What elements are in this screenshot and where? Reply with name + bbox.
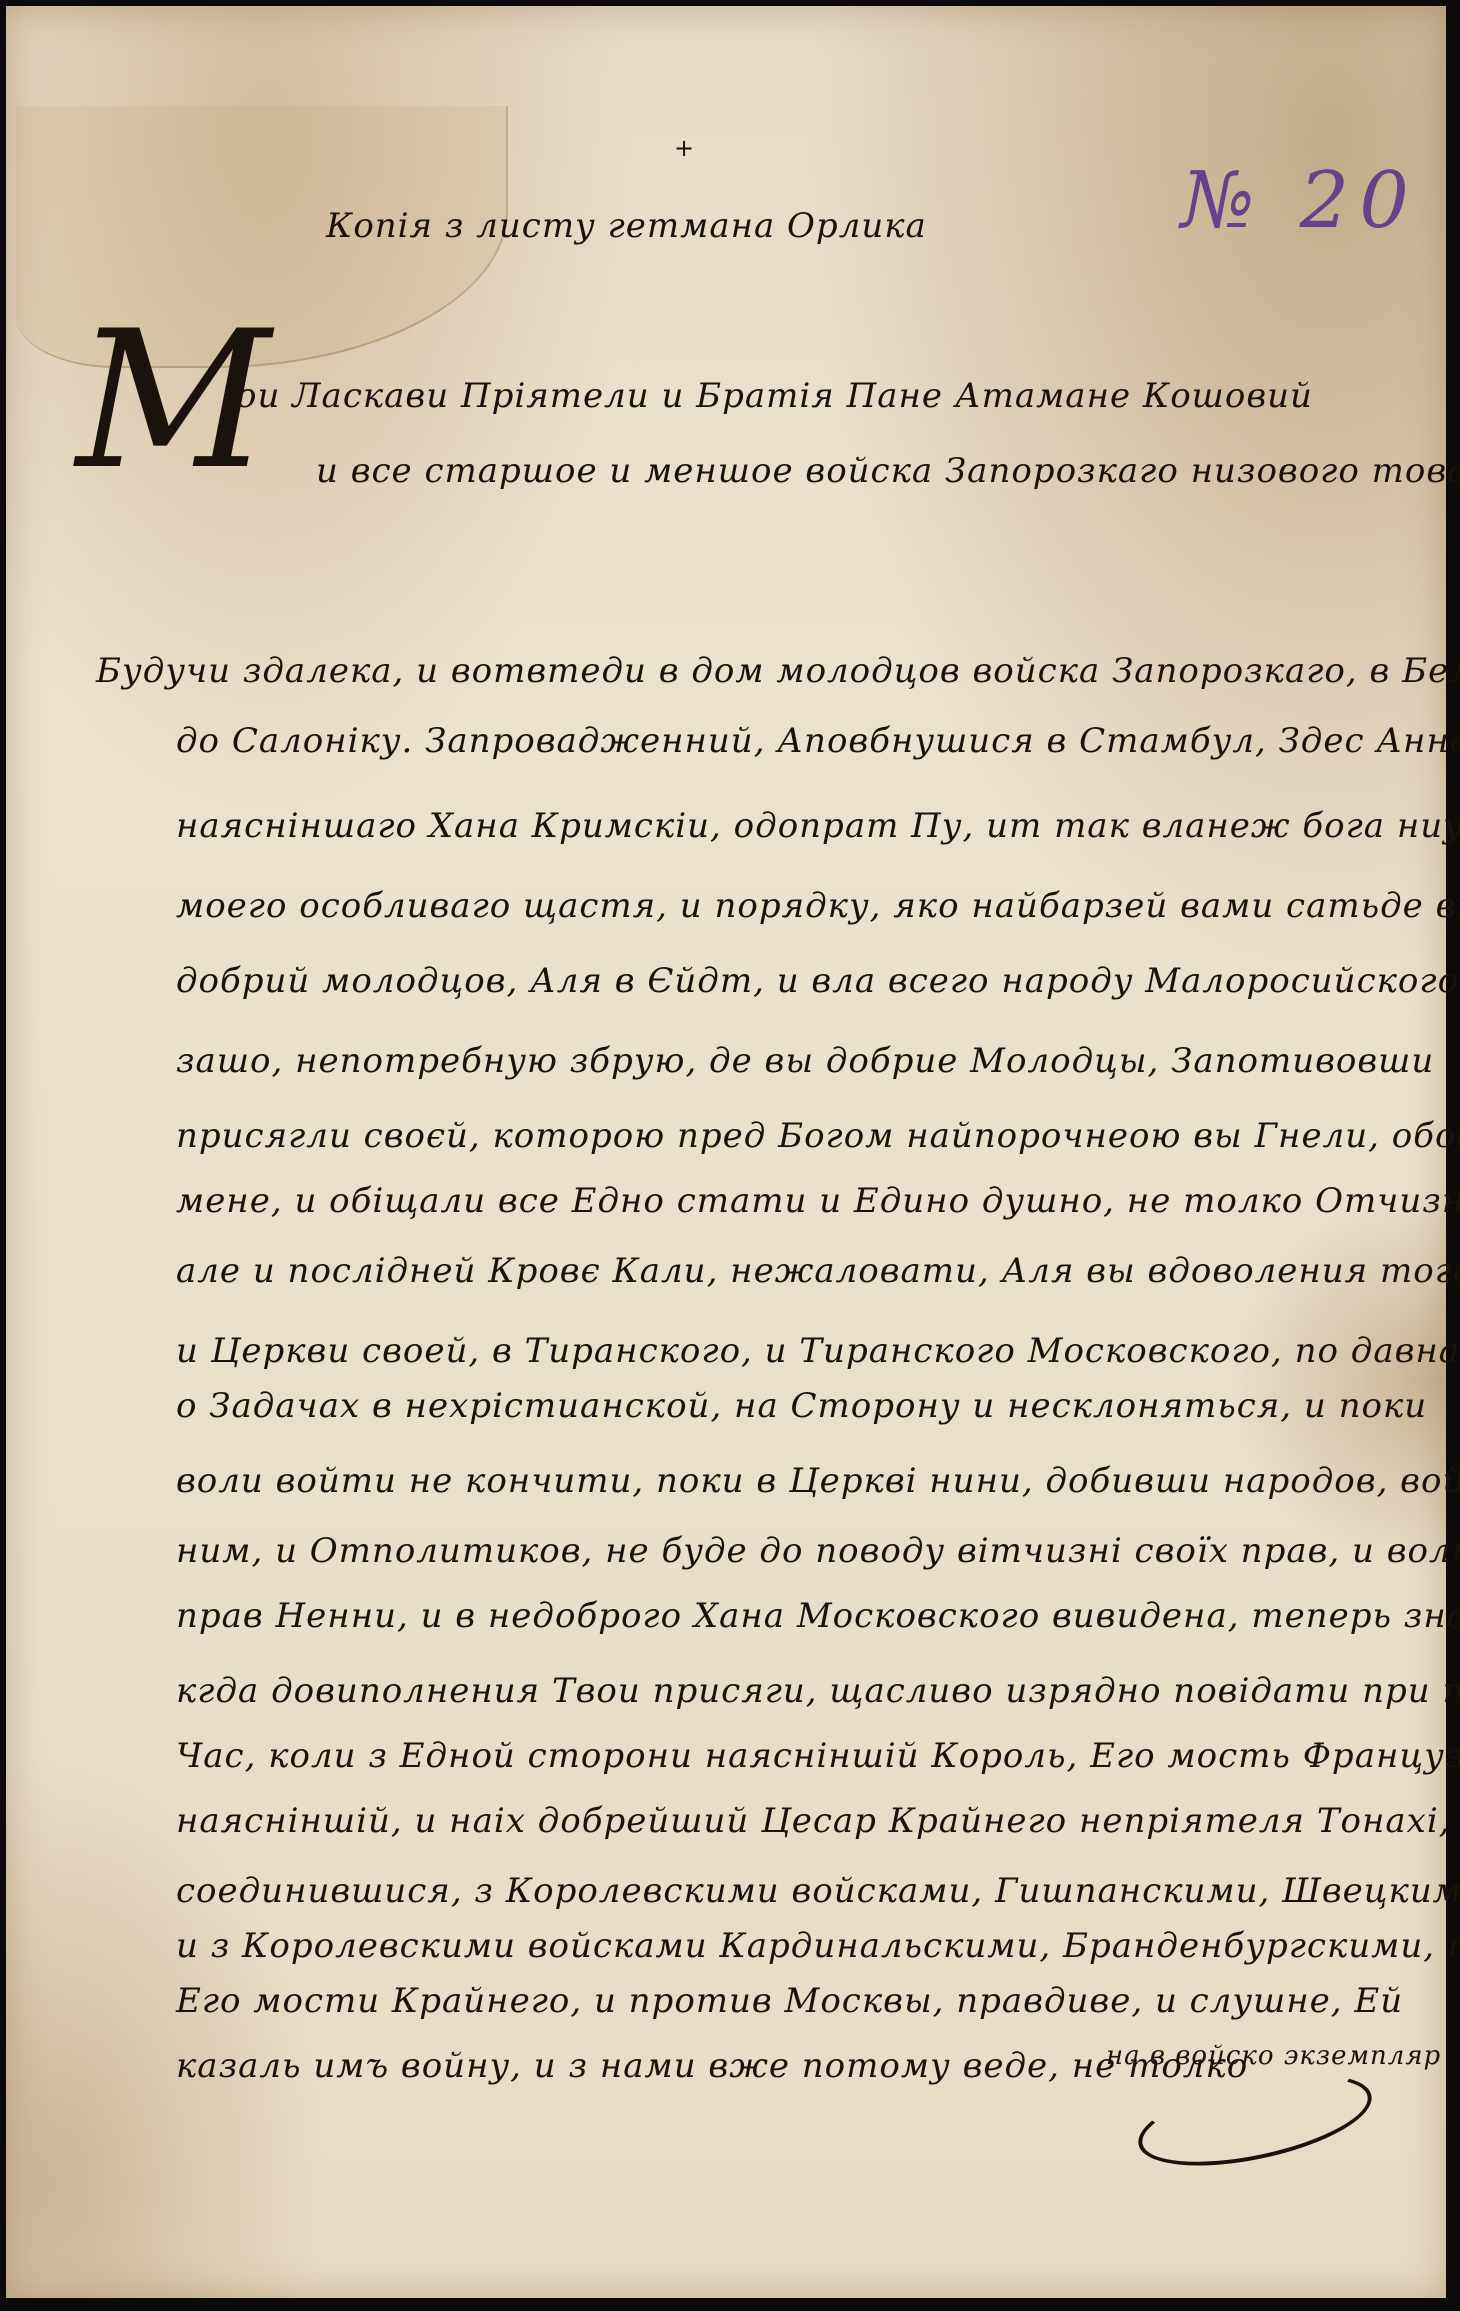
text-line-6: моего особливаго щастя, и порядку, яко н… bbox=[176, 886, 1460, 926]
text-line-1: ои Ласкави Пріятели и Братія Пане Атаман… bbox=[236, 376, 1313, 416]
text-line-4: до Салоніку. Запровадженний, Аповбнушися… bbox=[176, 721, 1460, 761]
text-line-14: воли войти не кончити, поки в Церкві нин… bbox=[176, 1461, 1460, 1501]
text-line-16: прав Ненни, и в недоброго Хана Московско… bbox=[176, 1596, 1460, 1636]
text-line-11: але и послідней Кровє Кали, нежаловати, … bbox=[176, 1251, 1460, 1291]
text-line-13: о Задачах в нехрістианской, на Сторону и… bbox=[176, 1386, 1427, 1426]
text-line-2: и все старшое и меншое войска Запорозкаг… bbox=[316, 451, 1460, 491]
text-line-3: Будучи здалека, и вотвтеди в дом молодцо… bbox=[96, 651, 1460, 691]
text-line-19: наясніншій, и наіх добрейший Цесар Крайн… bbox=[176, 1801, 1451, 1841]
text-line-23: казаль имъ войну, и з нами вже потому ве… bbox=[176, 2046, 1248, 2086]
text-line-10: мене, и обіщали все Едно стати и Едино д… bbox=[176, 1181, 1460, 1221]
text-line-8: зашо, непотребную збрую, де вы добрие Мо… bbox=[176, 1041, 1434, 1081]
text-line-12: и Церкви своей, в Тиранского, и Тиранско… bbox=[176, 1331, 1460, 1371]
text-line-21: и з Королевскими войсками Кардинальскими… bbox=[176, 1926, 1460, 1966]
text-line-5: наясніншаго Хана Кримскіи, одопрат Пу, и… bbox=[176, 806, 1460, 846]
text-line-18: Час, коли з Едной сторони наясніншій Кор… bbox=[176, 1736, 1460, 1776]
text-line-9: присягли своєй, которою пред Богом найпо… bbox=[176, 1116, 1460, 1156]
archive-number-mark: № 20 bbox=[1181, 156, 1419, 246]
cross-mark: + bbox=[674, 134, 694, 162]
closing-phrase: на в войско экземпляр bbox=[1106, 2041, 1441, 2071]
text-line-15: ним, и Отполитиков, не буде до поводу ві… bbox=[176, 1531, 1460, 1571]
text-line-7: добрий молодцов, Аля в Єйдт, и вла всего… bbox=[176, 961, 1460, 1001]
document-title: Копія з листу гетмана Орлика bbox=[326, 206, 927, 246]
text-line-22: Его мости Крайнего, и против Москвы, пра… bbox=[176, 1981, 1403, 2021]
text-line-17: кгда довиполнения Твои присяги, щасливо … bbox=[176, 1671, 1460, 1711]
text-line-20: соединившися, з Королевскими войсками, Г… bbox=[176, 1871, 1460, 1911]
manuscript-page: + Копія з листу гетмана Орлика № 20 М ои… bbox=[6, 6, 1446, 2298]
